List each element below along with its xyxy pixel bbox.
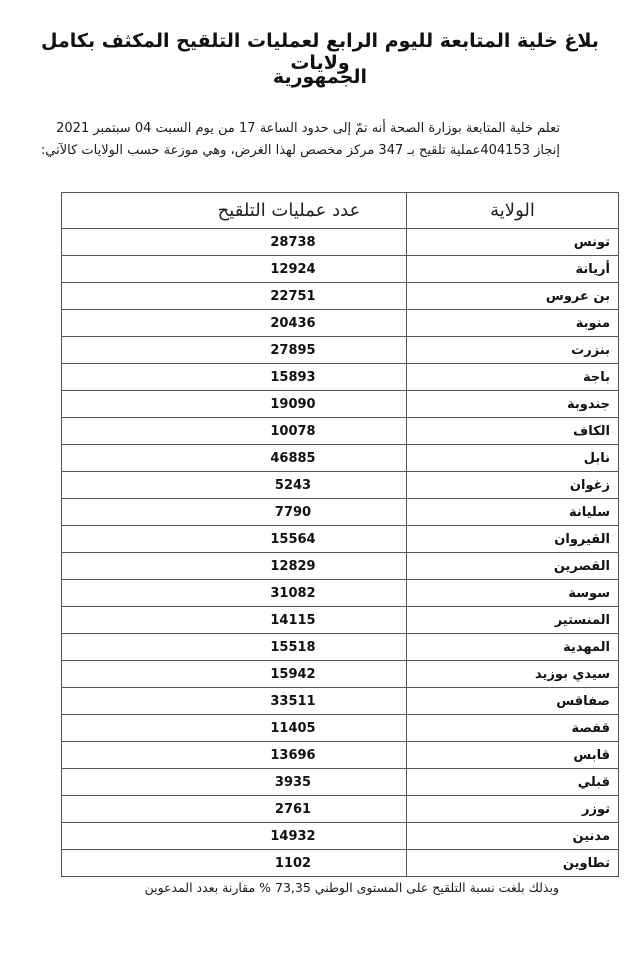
wilaya-cell: القصرين — [407, 553, 619, 580]
wilaya-cell: تونس — [407, 229, 619, 256]
header-wilaya: الولاية — [407, 193, 619, 229]
wilaya-cell: جندوبة — [407, 391, 619, 418]
count-cell: 3935 — [62, 769, 407, 796]
table-row: القصرين12829 — [62, 553, 619, 580]
table-row: الكاف10078 — [62, 418, 619, 445]
count-cell: 12924 — [62, 256, 407, 283]
count-cell: 14115 — [62, 607, 407, 634]
table-row: باجة15893 — [62, 364, 619, 391]
table-row: نابل46885 — [62, 445, 619, 472]
wilaya-cell: قابس — [407, 742, 619, 769]
count-cell: 5243 — [62, 472, 407, 499]
wilaya-cell: توزر — [407, 796, 619, 823]
table-row: جندوبة19090 — [62, 391, 619, 418]
table-row: المهدية15518 — [62, 634, 619, 661]
count-cell: 12829 — [62, 553, 407, 580]
count-cell: 7790 — [62, 499, 407, 526]
table-row: بنزرت27895 — [62, 337, 619, 364]
wilaya-cell: نابل — [407, 445, 619, 472]
count-cell: 31082 — [62, 580, 407, 607]
footnote: وبذلك بلغت نسبة التلقيح على المستوى الوط… — [145, 880, 559, 895]
table-row: زغوان5243 — [62, 472, 619, 499]
wilaya-cell: قفصة — [407, 715, 619, 742]
table-row: قفصة11405 — [62, 715, 619, 742]
table-row: قبلي3935 — [62, 769, 619, 796]
count-cell: 15942 — [62, 661, 407, 688]
wilaya-cell: قبلي — [407, 769, 619, 796]
table-body: تونس28738أريانة12924بن عروس22751منوبة204… — [62, 229, 619, 877]
count-cell: 10078 — [62, 418, 407, 445]
wilaya-cell: بنزرت — [407, 337, 619, 364]
table-row: مدنين14932 — [62, 823, 619, 850]
table-row: سيدي بوزيد15942 — [62, 661, 619, 688]
table-row: المنستير14115 — [62, 607, 619, 634]
table-row: أريانة12924 — [62, 256, 619, 283]
count-cell: 15564 — [62, 526, 407, 553]
header-count: عدد عمليات التلقيح — [62, 193, 407, 229]
table-row: تطاوين1102 — [62, 850, 619, 877]
count-cell: 20436 — [62, 310, 407, 337]
table-row: تونس28738 — [62, 229, 619, 256]
count-cell: 14932 — [62, 823, 407, 850]
intro-line1: تعلم خلية المتابعة بوزارة الصحة أنه تمّ … — [56, 121, 560, 136]
document-title-line2: الجمهورية — [20, 66, 620, 88]
count-cell: 28738 — [62, 229, 407, 256]
wilaya-cell: المنستير — [407, 607, 619, 634]
vaccination-table: الولاية عدد عمليات التلقيح تونس28738أريا… — [61, 192, 619, 877]
table-row: منوبة20436 — [62, 310, 619, 337]
table-row: بن عروس22751 — [62, 283, 619, 310]
count-cell: 33511 — [62, 688, 407, 715]
intro-line2: إنجاز 404153عملية تلقيح بـ 347 مركز مخصص… — [41, 143, 560, 158]
table-row: سوسة31082 — [62, 580, 619, 607]
wilaya-cell: سليانة — [407, 499, 619, 526]
count-cell: 15518 — [62, 634, 407, 661]
wilaya-cell: مدنين — [407, 823, 619, 850]
count-cell: 22751 — [62, 283, 407, 310]
count-cell: 19090 — [62, 391, 407, 418]
wilaya-cell: تطاوين — [407, 850, 619, 877]
wilaya-cell: زغوان — [407, 472, 619, 499]
wilaya-cell: المهدية — [407, 634, 619, 661]
table-header-row: الولاية عدد عمليات التلقيح — [62, 193, 619, 229]
wilaya-cell: باجة — [407, 364, 619, 391]
wilaya-cell: أريانة — [407, 256, 619, 283]
count-cell: 2761 — [62, 796, 407, 823]
wilaya-cell: القيروان — [407, 526, 619, 553]
table-row: صفاقس33511 — [62, 688, 619, 715]
count-cell: 27895 — [62, 337, 407, 364]
wilaya-cell: سيدي بوزيد — [407, 661, 619, 688]
wilaya-cell: منوبة — [407, 310, 619, 337]
count-cell: 13696 — [62, 742, 407, 769]
wilaya-cell: الكاف — [407, 418, 619, 445]
table-row: القيروان15564 — [62, 526, 619, 553]
count-cell: 46885 — [62, 445, 407, 472]
count-cell: 11405 — [62, 715, 407, 742]
wilaya-cell: سوسة — [407, 580, 619, 607]
table-row: سليانة7790 — [62, 499, 619, 526]
table-row: قابس13696 — [62, 742, 619, 769]
count-cell: 15893 — [62, 364, 407, 391]
wilaya-cell: بن عروس — [407, 283, 619, 310]
wilaya-cell: صفاقس — [407, 688, 619, 715]
count-cell: 1102 — [62, 850, 407, 877]
table-row: توزر2761 — [62, 796, 619, 823]
